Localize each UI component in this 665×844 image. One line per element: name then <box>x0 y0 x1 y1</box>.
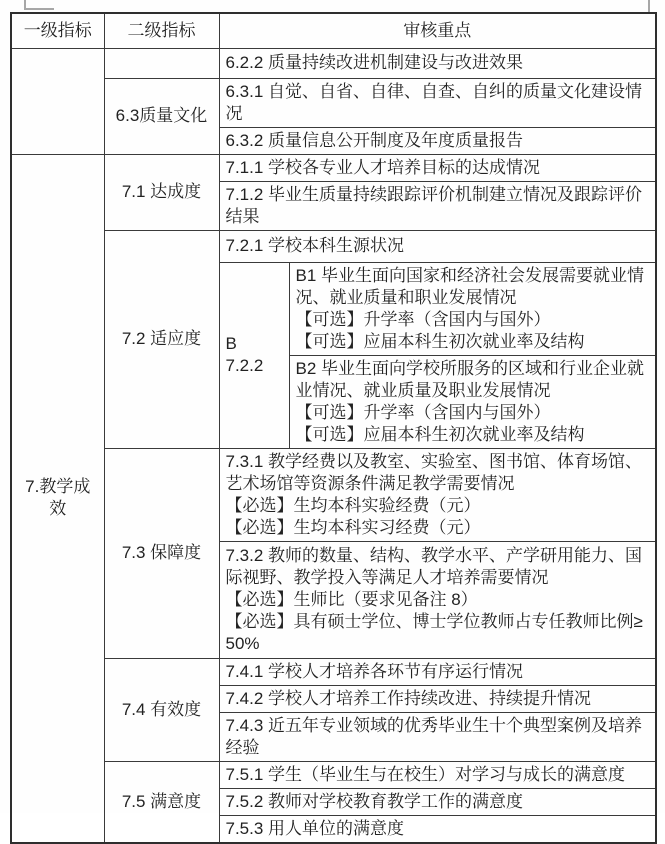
audit-indicator-table: 一级指标 二级指标 审核重点 6.2.2 质量持续改进机制建设与改进效果 6.3… <box>10 12 657 844</box>
level2-cell-6-3: 6.3质量文化 <box>104 78 219 154</box>
focus-line: 【可选】升学率（含国内与国外） <box>296 402 650 424</box>
scan-artifact-top-right-vertical <box>648 0 650 12</box>
focus-cell-7-2-2-b1: B1 毕业生面向国家和经济社会发展需要就业情况、就业质量和职业发展情况 【可选】… <box>289 262 656 355</box>
focus-cell-7-3-2: 7.3.2 教师的数量、结构、教学水平、产学研用能力、国际视野、教学投入等满足人… <box>219 541 656 658</box>
level2-cell-6-2-empty <box>104 48 219 78</box>
table-row: 7.4 有效度 7.4.1 学校人才培养各环节有序运行情况 <box>11 658 656 685</box>
document-page: 一级指标 二级指标 审核重点 6.2.2 质量持续改进机制建设与改进效果 6.3… <box>0 0 665 813</box>
focus-line: 7.3.2 教师的数量、结构、教学水平、产学研用能力、国际视野、教学投入等满足人… <box>226 545 650 589</box>
focus-cell-7-5-3: 7.5.3 用人单位的满意度 <box>219 815 656 843</box>
focus-cell-7-2-2-group-label: B 7.2.2 <box>219 262 289 448</box>
level2-cell-7-2: 7.2 适应度 <box>104 230 219 448</box>
focus-cell-7-5-2: 7.5.2 教师对学校教育教学工作的满意度 <box>219 788 656 815</box>
focus-cell-7-2-2-b2: B2 毕业生面向学校所服务的区域和行业企业就业情况、就业质量及职业发展情况 【可… <box>289 355 656 448</box>
focus-cell-7-1-2: 7.1.2 毕业生质量持续跟踪评价机制建立情况及跟踪评价结果 <box>219 181 656 230</box>
table-row: 6.3质量文化 6.3.1 自觉、自省、自律、自查、自纠的质量文化建设情况 <box>11 78 656 127</box>
group-label-number: 7.2.2 <box>226 355 283 377</box>
table-row: 7.教学成效 7.1 达成度 7.1.1 学校各专业人才培养目标的达成情况 <box>11 154 656 181</box>
focus-line: B2 毕业生面向学校所服务的区域和行业企业就业情况、就业质量及职业发展情况 <box>296 358 650 402</box>
table-row: 6.2.2 质量持续改进机制建设与改进效果 <box>11 48 656 78</box>
focus-line: 7.3.1 教学经费以及教室、实验室、图书馆、体育场馆、艺术场馆等资源条件满足教… <box>226 451 650 495</box>
focus-line: 【可选】应届本科生初次就业率及结构 <box>296 331 650 353</box>
focus-cell-6-3-2: 6.3.2 质量信息公开制度及年度质量报告 <box>219 127 656 154</box>
header-level2-indicator: 二级指标 <box>104 13 219 48</box>
header-level1-indicator: 一级指标 <box>11 13 104 48</box>
focus-cell-7-3-1: 7.3.1 教学经费以及教室、实验室、图书馆、体育场馆、艺术场馆等资源条件满足教… <box>219 448 656 541</box>
focus-line: 【必选】生师比（要求见备注 8） <box>226 589 650 611</box>
level2-cell-7-1: 7.1 达成度 <box>104 154 219 230</box>
focus-cell-7-4-2: 7.4.2 学校人才培养工作持续改进、持续提升情况 <box>219 685 656 712</box>
level1-cell-section6-empty <box>11 48 104 154</box>
focus-line: 【必选】具有硕士学位、博士学位教师占专任教师比例≥50% <box>226 611 650 655</box>
level2-cell-7-5: 7.5 满意度 <box>104 761 219 843</box>
focus-line: 【可选】升学率（含国内与国外） <box>296 309 650 331</box>
level2-cell-7-4: 7.4 有效度 <box>104 658 219 761</box>
focus-cell-6-3-1: 6.3.1 自觉、自省、自律、自查、自纠的质量文化建设情况 <box>219 78 656 127</box>
focus-cell-7-5-1: 7.5.1 学生（毕业生与在校生）对学习与成长的满意度 <box>219 761 656 788</box>
level1-cell-7-teaching-effect: 7.教学成效 <box>11 154 104 843</box>
focus-line: 【可选】应届本科生初次就业率及结构 <box>296 424 650 446</box>
table-row: 7.2 适应度 7.2.1 学校本科生源状况 <box>11 230 656 262</box>
focus-cell-7-4-1: 7.4.1 学校人才培养各环节有序运行情况 <box>219 658 656 685</box>
table-row: 7.3 保障度 7.3.1 教学经费以及教室、实验室、图书馆、体育场馆、艺术场馆… <box>11 448 656 541</box>
focus-line: B1 毕业生面向国家和经济社会发展需要就业情况、就业质量和职业发展情况 <box>296 265 650 309</box>
table-row: 7.5 满意度 7.5.1 学生（毕业生与在校生）对学习与成长的满意度 <box>11 761 656 788</box>
table-header-row: 一级指标 二级指标 审核重点 <box>11 13 656 48</box>
focus-cell-7-2-1: 7.2.1 学校本科生源状况 <box>219 230 656 262</box>
scan-artifact-top-left-horizontal <box>24 8 54 10</box>
focus-cell-7-4-3: 7.4.3 近五年专业领域的优秀毕业生十个典型案例及培养经验 <box>219 712 656 761</box>
level2-cell-7-3: 7.3 保障度 <box>104 448 219 658</box>
focus-cell-7-1-1: 7.1.1 学校各专业人才培养目标的达成情况 <box>219 154 656 181</box>
focus-line: 【必选】生均本科实习经费（元） <box>226 517 650 539</box>
focus-cell-6-2-2: 6.2.2 质量持续改进机制建设与改进效果 <box>219 48 656 78</box>
group-label-letter: B <box>226 333 283 355</box>
focus-line: 【必选】生均本科实验经费（元） <box>226 495 650 517</box>
header-audit-focus: 审核重点 <box>219 13 656 48</box>
